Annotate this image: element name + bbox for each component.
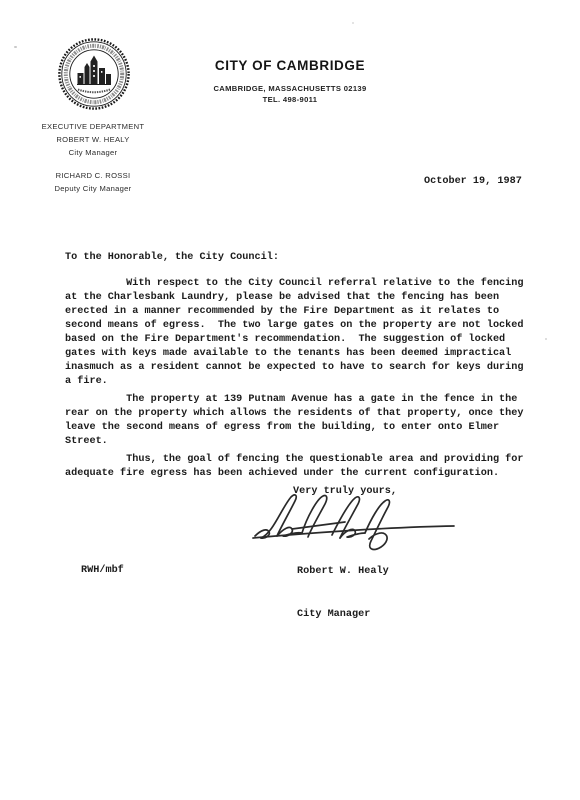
salutation: To the Honorable, the City Council: <box>65 251 537 265</box>
paragraph-1: With respect to the City Council referra… <box>65 277 537 389</box>
org-name: CITY OF CAMBRIDGE <box>0 58 580 73</box>
org-phone: TEL. 498-9011 <box>0 95 580 104</box>
manager-title: City Manager <box>23 147 163 160</box>
letter-date: October 19, 1987 <box>424 176 522 187</box>
org-address: CAMBRIDGE, MASSACHUSETTS 02139 <box>0 84 580 93</box>
signed-title: City Manager <box>297 608 389 622</box>
deputy-manager-block: RICHARD C. ROSSI Deputy City Manager <box>23 169 163 195</box>
signed-name: Robert W. Healy <box>297 565 389 579</box>
scan-speck <box>352 22 354 24</box>
letter-body: To the Honorable, the City Council: With… <box>65 251 537 499</box>
reference-initials: RWH/mbf <box>81 565 124 576</box>
paragraph-2: The property at 139 Putnam Avenue has a … <box>65 393 537 449</box>
deputy-title: Deputy City Manager <box>23 182 163 195</box>
signature-block: Robert W. Healy City Manager <box>297 537 389 651</box>
executive-department-block: EXECUTIVE DEPARTMENT ROBERT W. HEALY Cit… <box>23 121 163 159</box>
scan-speck <box>14 46 17 48</box>
manager-name: ROBERT W. HEALY <box>23 134 163 147</box>
paragraph-3: Thus, the goal of fencing the questionab… <box>65 453 537 481</box>
letter-page: CITY OF CAMBRIDGE CAMBRIDGE, MASSACHUSET… <box>0 0 580 800</box>
scan-speck <box>545 338 547 340</box>
deputy-name: RICHARD C. ROSSI <box>23 169 163 182</box>
department-name: EXECUTIVE DEPARTMENT <box>23 121 163 134</box>
